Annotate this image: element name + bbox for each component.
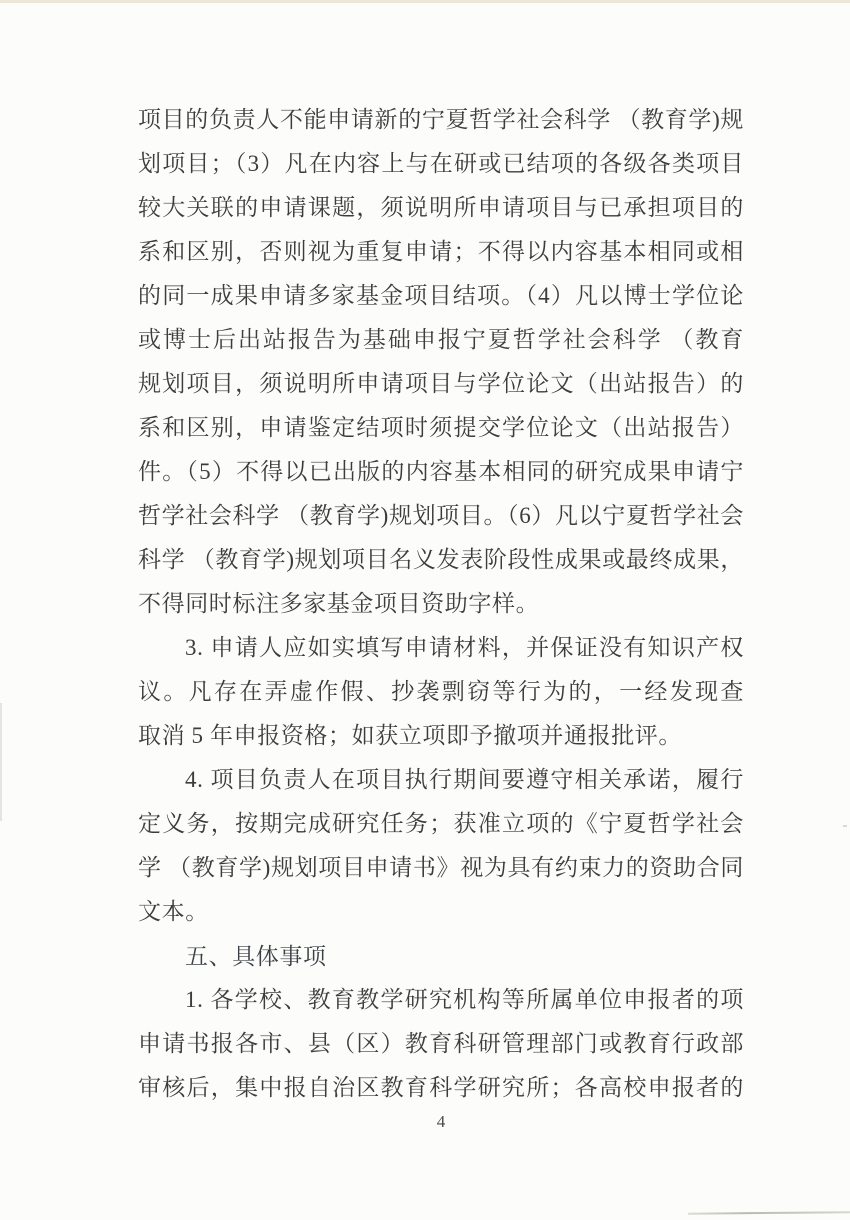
text-line: 的同一成果申请多家基金项目结项。（4）凡以博士学位论文 xyxy=(138,274,744,318)
text-line: 3. 申请人应如实填写申请材料，并保证没有知识产权争 xyxy=(138,626,744,670)
section-heading: 五、具体事项 xyxy=(138,934,744,978)
text-line: 4. 项目负责人在项目执行期间要遵守相关承诺，履行约 xyxy=(138,758,744,802)
scan-left-edge-artifact xyxy=(0,703,2,821)
scan-speck-artifact xyxy=(843,825,847,827)
text-line: 学 （教育学)规划项目申请书》视为具有约束力的资助合同 xyxy=(138,846,744,890)
text-line: 项目的负责人不能申请新的宁夏哲学社会科学 （教育学)规 xyxy=(138,98,744,142)
scan-bottom-edge-artifact xyxy=(688,1211,850,1214)
text-line: 议。凡存在弄虚作假、抄袭剽窃等行为的，一经发现查实， xyxy=(138,670,744,714)
text-line: 文本。 xyxy=(138,890,744,934)
text-line: 不得同时标注多家基金项目资助字样。 xyxy=(138,582,744,626)
text-line: 审核后，集中报自治区教育科学研究所；各高校申报者的项 xyxy=(138,1066,744,1110)
text-line: 取消 5 年申报资格；如获立项即予撤项并通报批评。 xyxy=(138,714,744,758)
text-line: 划项目；（3）凡在内容上与在研或已结项的各级各类项目有 xyxy=(138,142,744,186)
text-line: 定义务，按期完成研究任务；获准立项的《宁夏哲学社会科 xyxy=(138,802,744,846)
text-line: 或博士后出站报告为基础申报宁夏哲学社会科学 （教育学） xyxy=(138,318,744,362)
text-line: 规划项目，须说明所申请项目与学位论文（出站报告）的联 xyxy=(138,362,744,406)
text-line: 系和区别，申请鉴定结项时须提交学位论文（出站报告）原 xyxy=(138,406,744,450)
page-number: 4 xyxy=(0,1108,850,1136)
text-line: 哲学社会科学 （教育学)规划项目。（6）凡以宁夏哲学社会 xyxy=(138,494,744,538)
text-line: 较大关联的申请课题，须说明所申请项目与已承担项目的联 xyxy=(138,186,744,230)
text-line: 1. 各学校、教育教学研究机构等所属单位申报者的项目 xyxy=(138,978,744,1022)
scanned-document-page: 项目的负责人不能申请新的宁夏哲学社会科学 （教育学)规划项目；（3）凡在内容上与… xyxy=(0,0,850,1220)
text-line: 件。（5）不得以已出版的内容基本相同的研究成果申请宁夏 xyxy=(138,450,744,494)
scan-top-edge-artifact xyxy=(0,0,850,3)
text-line: 申请书报各市、县（区）教育科研管理部门或教育行政部门 xyxy=(138,1022,744,1066)
text-line: 科学 （教育学)规划项目名义发表阶段性成果或最终成果， xyxy=(138,538,744,582)
text-line: 系和区别，否则视为重复申请；不得以内容基本相同或相近 xyxy=(138,230,744,274)
document-body: 项目的负责人不能申请新的宁夏哲学社会科学 （教育学)规划项目；（3）凡在内容上与… xyxy=(138,98,744,1110)
